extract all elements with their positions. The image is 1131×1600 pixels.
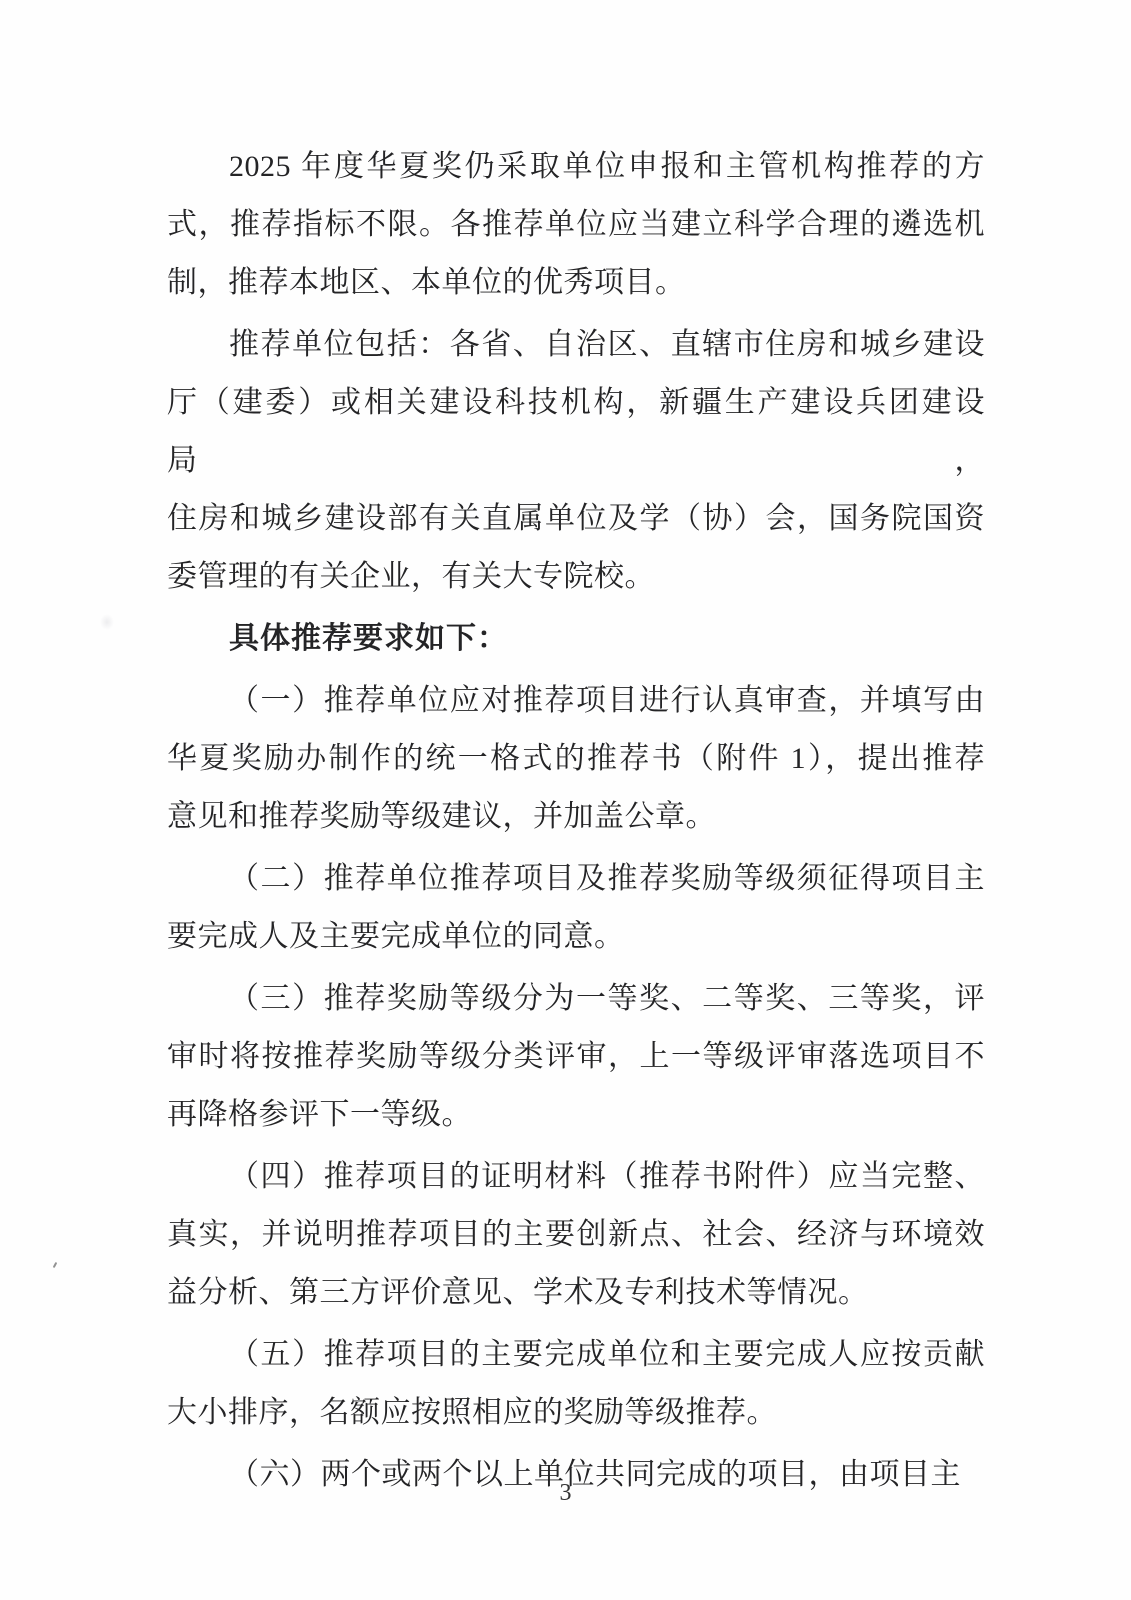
scan-smudge-artifact bbox=[100, 614, 114, 630]
document-page: 2025 年度华夏奖仍采取单位申报和主管机构推荐的方式，推荐指标不限。各推荐单位… bbox=[0, 0, 1131, 1600]
text-line: 再降格参评下一等级。 bbox=[167, 1086, 985, 1144]
text-line: 2025 年度华夏奖仍采取单位申报和主管机构推荐的方 bbox=[167, 138, 985, 196]
paragraph-1: 2025 年度华夏奖仍采取单位申报和主管机构推荐的方式，推荐指标不限。各推荐单位… bbox=[167, 138, 985, 312]
text-line: 推荐单位包括：各省、自治区、直辖市住房和城乡建设 bbox=[167, 316, 985, 374]
paragraph-7: （四）推荐项目的证明材料（推荐书附件）应当完整、真实，并说明推荐项目的主要创新点… bbox=[167, 1148, 985, 1322]
text-line: （二）推荐单位推荐项目及推荐奖励等级须征得项目主 bbox=[167, 850, 985, 908]
text-line: 厅（建委）或相关建设科技机构，新疆生产建设兵团建设局， bbox=[167, 374, 985, 490]
paragraph-8: （五）推荐项目的主要完成单位和主要完成人应按贡献大小排序，名额应按照相应的奖励等… bbox=[167, 1326, 985, 1442]
document-body: 2025 年度华夏奖仍采取单位申报和主管机构推荐的方式，推荐指标不限。各推荐单位… bbox=[167, 138, 985, 1504]
text-line: 大小排序，名额应按照相应的奖励等级推荐。 bbox=[167, 1384, 985, 1442]
text-line: 委管理的有关企业，有关大专院校。 bbox=[167, 548, 985, 606]
text-line: （三）推荐奖励等级分为一等奖、二等奖、三等奖，评 bbox=[167, 970, 985, 1028]
text-line: （五）推荐项目的主要完成单位和主要完成人应按贡献 bbox=[167, 1326, 985, 1384]
text-line: （四）推荐项目的证明材料（推荐书附件）应当完整、 bbox=[167, 1148, 985, 1206]
text-line: 意见和推荐奖励等级建议，并加盖公章。 bbox=[167, 788, 985, 846]
text-line: 要完成人及主要完成单位的同意。 bbox=[167, 908, 985, 966]
text-line: 审时将按推荐奖励等级分类评审，上一等级评审落选项目不 bbox=[167, 1028, 985, 1086]
page-number: 3 bbox=[560, 1480, 572, 1506]
text-line: 真实，并说明推荐项目的主要创新点、社会、经济与环境效 bbox=[167, 1206, 985, 1264]
paragraph-5: （二）推荐单位推荐项目及推荐奖励等级须征得项目主要完成人及主要完成单位的同意。 bbox=[167, 850, 985, 966]
text-line: 华夏奖励办制作的统一格式的推荐书（附件 1），提出推荐 bbox=[167, 730, 985, 788]
paragraph-6: （三）推荐奖励等级分为一等奖、二等奖、三等奖，评审时将按推荐奖励等级分类评审，上… bbox=[167, 970, 985, 1144]
text-line: （一）推荐单位应对推荐项目进行认真审查，并填写由 bbox=[167, 672, 985, 730]
page-footer: 3 bbox=[0, 1480, 1131, 1507]
scan-stray-mark-artifact bbox=[53, 1262, 58, 1268]
text-line: 具体推荐要求如下： bbox=[167, 610, 985, 668]
section-heading: 具体推荐要求如下： bbox=[167, 610, 985, 668]
text-line: 住房和城乡建设部有关直属单位及学（协）会，国务院国资 bbox=[167, 490, 985, 548]
paragraph-2: 推荐单位包括：各省、自治区、直辖市住房和城乡建设厅（建委）或相关建设科技机构，新… bbox=[167, 316, 985, 606]
text-line: 制，推荐本地区、本单位的优秀项目。 bbox=[167, 254, 985, 312]
text-line: 益分析、第三方评价意见、学术及专利技术等情况。 bbox=[167, 1264, 985, 1322]
paragraph-4: （一）推荐单位应对推荐项目进行认真审查，并填写由华夏奖励办制作的统一格式的推荐书… bbox=[167, 672, 985, 846]
text-line: 式，推荐指标不限。各推荐单位应当建立科学合理的遴选机 bbox=[167, 196, 985, 254]
